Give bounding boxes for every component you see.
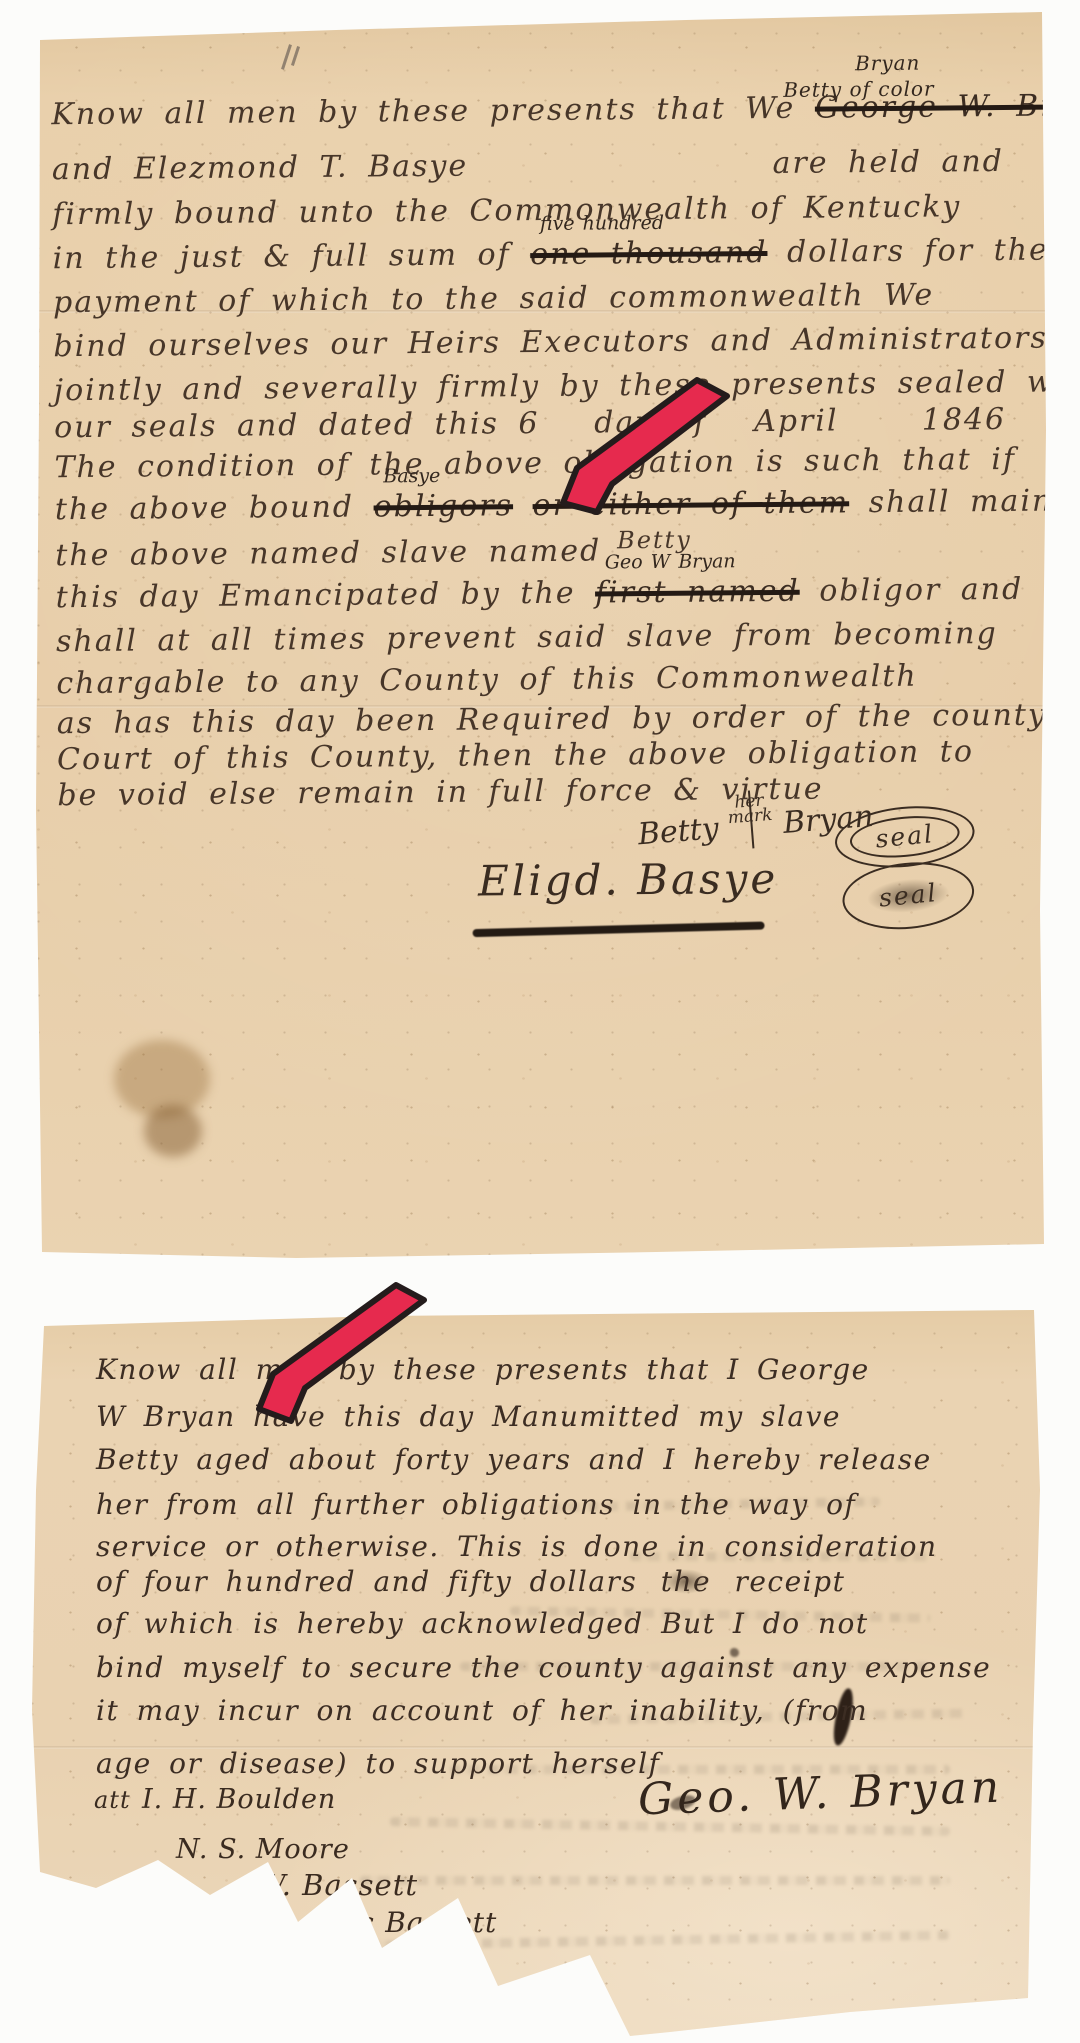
manuscript-line: this day Emancipated by the Geo W Bryanf… <box>56 572 1022 615</box>
attestation-label: att <box>94 1786 131 1814</box>
struck-text-wrap: five hundredone thousand <box>530 235 768 272</box>
interlinear-correction: Geo W Bryan <box>605 550 736 573</box>
scanned-manuscript-page: Bryan Betty of color Know all men by the… <box>0 0 1080 2043</box>
line-text: of which is hereby acknowledged But I do… <box>96 1607 869 1640</box>
line-text: service or otherwise. This is done in co… <box>96 1530 938 1563</box>
manuscript-line: bind ourselves our Heirs Executors and A… <box>53 321 1019 364</box>
manuscript-line: Know all men by these presents that I Ge… <box>96 1353 1022 1386</box>
seal-label: seal <box>851 869 965 923</box>
manuscript-line: of four hundred and fifty dollars the re… <box>96 1565 1022 1598</box>
line-text: obligor and <box>800 572 1024 609</box>
line-text: The condition of the above obligation is… <box>54 442 1016 485</box>
line-text: day of <box>594 405 707 441</box>
line-text: Betty aged about forty years and I hereb… <box>96 1443 932 1476</box>
line-text: firmly bound unto the Commonwealth of Ke… <box>52 189 961 232</box>
line-text: in the just & full sum of <box>53 237 531 276</box>
line-text: Know all men by these presents that We <box>51 91 815 133</box>
seal-text: seal <box>874 820 935 854</box>
document-page-2: Know all men by these presents that I Ge… <box>30 1310 1042 2040</box>
witness-w-bassett: W. Bassett <box>256 1868 418 1902</box>
header-annotation: Bryan <box>855 51 921 76</box>
witness-boulden: I. H. Boulden <box>142 1784 336 1815</box>
line-text-right: are held and <box>772 144 1004 181</box>
manuscript-line: The condition of the above obligation is… <box>54 442 1020 485</box>
ink-stroke <box>473 922 765 938</box>
line-text: dollars for the <box>767 233 1049 270</box>
manuscript-line: bind myself to secure the county against… <box>96 1651 1022 1684</box>
manuscript-line: firmly bound unto the Commonwealth of Ke… <box>52 189 1018 232</box>
line-text: and Elezmond T. Basye <box>52 149 469 188</box>
struck-text: obligors <box>373 488 513 524</box>
line-text: bind ourselves our Heirs Executors and A… <box>53 321 1048 365</box>
line-text: of four hundred and fifty dollars <box>96 1565 655 1598</box>
manuscript-line: be void else remain in full force & virt… <box>57 770 1023 813</box>
signature-name: Betty <box>637 811 720 852</box>
manuscript-line: of which is hereby acknowledged But I do… <box>96 1607 1022 1640</box>
manuscript-line: chargable to any County of this Commonwe… <box>56 658 1022 701</box>
signature-name: Eligd. Basye <box>478 854 778 906</box>
manuscript-line: shall at all times prevent said slave fr… <box>56 616 1022 659</box>
manuscript-line: in the just & full sum of five hundredon… <box>53 233 1019 276</box>
smudged-word: the <box>655 1565 717 1598</box>
witness-moore: N. S. Moore <box>176 1834 350 1865</box>
struck-text-wrap: Geo W Bryanfirst named <box>595 574 800 611</box>
her-mark: hermark <box>726 793 773 826</box>
line-text: be void else remain in full force & virt… <box>57 772 823 814</box>
seal-oval-2: seal <box>839 857 977 935</box>
manuscript-line: the above bound Basyeobligors or either … <box>55 484 1021 527</box>
line-text: this day Emancipated by the <box>56 576 596 616</box>
manuscript-line: payment of which to the said commonwealt… <box>53 277 1019 320</box>
manuscript-line: it may incur on account of her inability… <box>96 1694 1022 1727</box>
seal-label: seal <box>848 811 961 862</box>
struck-text: George W. Bryan <box>815 88 1080 126</box>
line-text: the above named slave named <box>55 533 601 573</box>
seal-text: seal <box>878 879 939 913</box>
line-text: it may incur on account of her inability… <box>96 1694 868 1727</box>
document1-text-block: Bryan Betty of color Know all men by the… <box>31 6 1052 1265</box>
date-year: 1846 <box>922 402 1007 438</box>
manuscript-line: W Bryan have this day Manumitted my slav… <box>96 1400 1022 1433</box>
line-text: shall maintain <box>849 483 1080 520</box>
manuscript-line: Betty aged about forty years and I hereb… <box>96 1443 1022 1476</box>
manuscript-line: and Elezmond T. Basyeare held and <box>52 144 1018 187</box>
line-text: receipt <box>717 1565 845 1598</box>
line-text: jointly and severally firmly by these pr… <box>54 364 1080 408</box>
signature-basye: Eligd. Basye <box>478 854 778 906</box>
struck-text-wrap: Basyeobligors <box>373 488 513 524</box>
line-text: W Bryan have this day Manumitted my slav… <box>96 1400 841 1433</box>
bleed-line <box>330 1931 950 1951</box>
manuscript-line: jointly and severally firmly by these pr… <box>54 365 1020 408</box>
line-text: bind myself to secure the county against… <box>96 1651 991 1684</box>
line-text: the above bound <box>55 489 374 527</box>
manuscript-line: Know all men by these presents that We G… <box>51 89 1017 132</box>
document-page-1: Bryan Betty of color Know all men by the… <box>36 10 1046 1260</box>
struck-text: one thousand <box>530 235 768 272</box>
interlinear-correction: Basye <box>383 465 440 487</box>
struck-text: first named <box>595 574 800 611</box>
line-text: our seals and dated this 6 <box>54 406 540 445</box>
witness-jas-bassett: Jas Bassett <box>330 1906 497 1939</box>
struck-text: or either of them <box>532 485 849 523</box>
line-text: payment of which to the said commonwealt… <box>53 278 934 321</box>
manuscript-line: the above named slave namedBetty <box>55 530 1021 573</box>
line-text: shall at all times prevent said slave fr… <box>56 616 998 659</box>
interlinear-correction: five hundred <box>540 212 664 235</box>
line-text: Know all men by these presents that I Ge… <box>96 1353 870 1386</box>
line-text: chargable to any County of this Commonwe… <box>56 659 918 702</box>
line-text: age or disease) to support herself <box>96 1747 660 1780</box>
manuscript-line: service or otherwise. This is done in co… <box>96 1530 1022 1563</box>
manuscript-line: her from all further obligations in the … <box>96 1488 1022 1521</box>
manuscript-line: our seals and dated this 6day ofApril184… <box>54 402 1020 445</box>
line-text: her from all further obligations in the … <box>96 1488 856 1521</box>
bleed-line <box>360 1876 950 1885</box>
line-text: April <box>754 403 839 439</box>
struck-text-wrap: George W. Bryan <box>815 88 1080 126</box>
